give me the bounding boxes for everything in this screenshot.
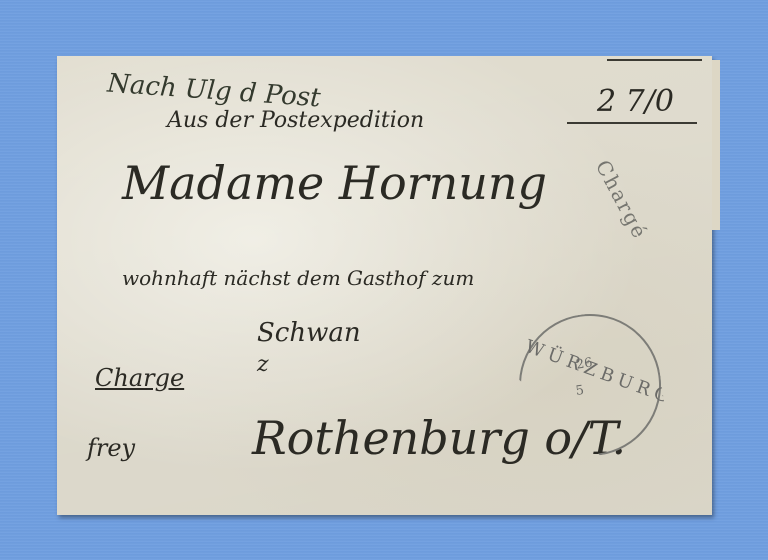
franking-note: frey [87, 434, 135, 462]
charge-note: Charge [95, 364, 184, 392]
letter-fold [712, 60, 720, 230]
postmark-day: 26 [575, 356, 593, 373]
postmark-town: WÜRZBURG [522, 336, 676, 409]
address-line-3: Schwan [257, 318, 361, 348]
rate-top-rule [607, 59, 702, 61]
registered-handstamp: Chargé [591, 156, 653, 243]
sender-line: Aus der Postexpedition [167, 108, 424, 133]
address-line-2: wohnhaft nächst dem Gasthof zum [122, 266, 474, 290]
rate-underline [567, 122, 697, 124]
routing-note: Nach Ulg d Post [106, 69, 321, 114]
address-line-4: z [257, 352, 269, 377]
addressee-name: Madame Hornung [122, 156, 547, 210]
postage-rate: 2 7/0 [597, 84, 674, 119]
letter-cover: Nach Ulg d Post Aus der Postexpedition 2… [57, 56, 712, 515]
postmark-month: 5 [575, 383, 585, 399]
